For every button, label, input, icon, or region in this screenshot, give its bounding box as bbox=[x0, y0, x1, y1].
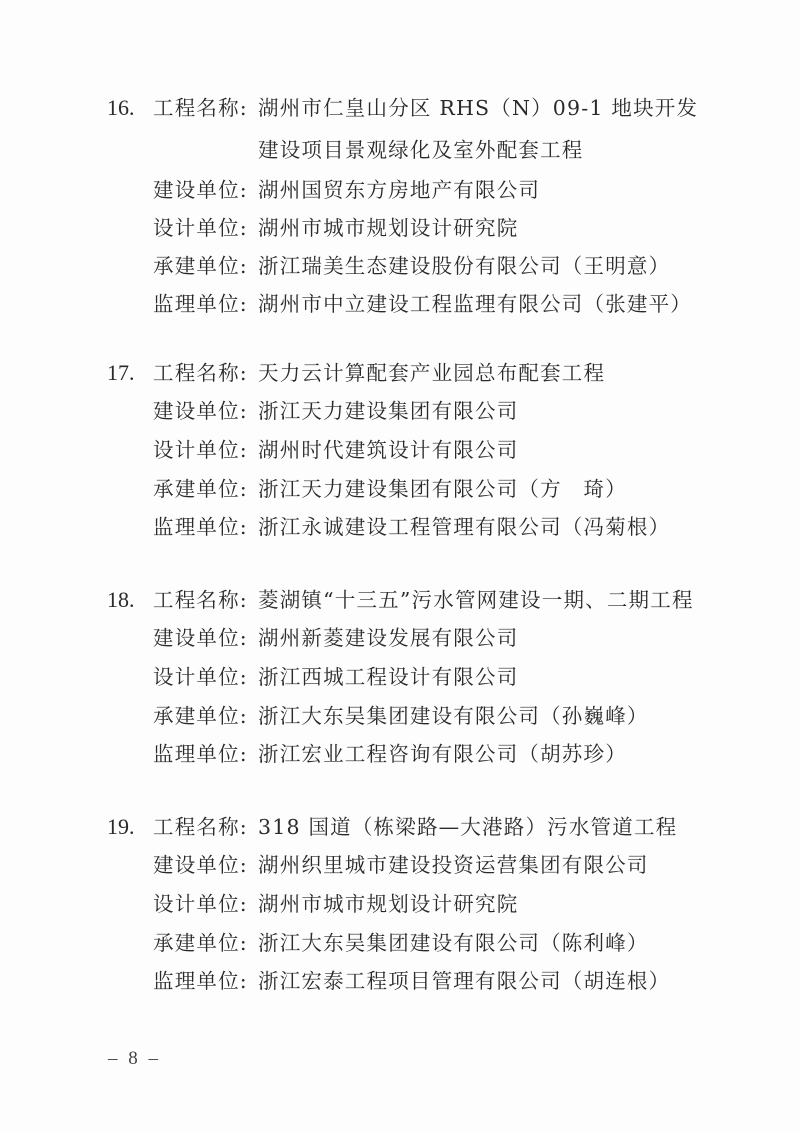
field-value: 菱湖镇“十三五”污水管网建设一期、二期工程 bbox=[258, 582, 694, 618]
field-value: 湖州时代建筑设计有限公司 bbox=[258, 432, 518, 468]
page-number: – 8 – bbox=[108, 1048, 161, 1070]
field-label: 承建单位: bbox=[153, 698, 248, 734]
field-value: 湖州国贸东方房地产有限公司 bbox=[258, 172, 540, 208]
field-label: 承建单位: bbox=[153, 248, 248, 284]
field-value: 湖州市城市规划设计研究院 bbox=[258, 886, 518, 922]
field-label: 工程名称: bbox=[153, 90, 248, 126]
field-label: 建设单位: bbox=[153, 620, 248, 656]
field-value-cont: 建设项目景观绿化及室外配套工程 bbox=[258, 132, 584, 168]
field-value: 浙江西城工程设计有限公司 bbox=[258, 659, 518, 695]
entry-number: 18. bbox=[107, 582, 135, 618]
field-value: 天力云计算配套产业园总布配套工程 bbox=[258, 355, 605, 391]
field-value: 湖州市城市规划设计研究院 bbox=[258, 210, 518, 246]
field-label: 承建单位: bbox=[153, 471, 248, 507]
entry-number: 19. bbox=[107, 809, 135, 845]
field-value: 浙江宏泰工程项目管理有限公司（胡连根） bbox=[258, 963, 670, 999]
entry-number: 16. bbox=[107, 90, 135, 126]
field-value: 浙江宏业工程咨询有限公司（胡苏珍） bbox=[258, 736, 627, 772]
field-label: 设计单位: bbox=[153, 432, 248, 468]
field-label: 监理单位: bbox=[153, 509, 248, 545]
field-value: 浙江大东吴集团建设有限公司（孙巍峰） bbox=[258, 698, 649, 734]
field-label: 承建单位: bbox=[153, 925, 248, 961]
field-label: 建设单位: bbox=[153, 847, 248, 883]
field-value: 湖州市仁皇山分区 RHS（N）09-1 地块开发 bbox=[258, 90, 698, 126]
field-value: 318 国道（栋梁路—大港路）污水管道工程 bbox=[258, 809, 677, 845]
field-label: 设计单位: bbox=[153, 886, 248, 922]
field-label: 工程名称: bbox=[153, 582, 248, 618]
field-label: 设计单位: bbox=[153, 659, 248, 695]
field-value: 湖州新菱建设发展有限公司 bbox=[258, 620, 518, 656]
field-label: 监理单位: bbox=[153, 736, 248, 772]
field-label: 建设单位: bbox=[153, 172, 248, 208]
field-label: 建设单位: bbox=[153, 393, 248, 429]
field-value: 浙江大东吴集团建设有限公司（陈利峰） bbox=[258, 925, 649, 961]
field-label: 工程名称: bbox=[153, 355, 248, 391]
field-value: 浙江永诚建设工程管理有限公司（冯菊根） bbox=[258, 509, 670, 545]
field-value: 浙江天力建设集团有限公司（方 琦） bbox=[258, 471, 627, 507]
field-label: 设计单位: bbox=[153, 210, 248, 246]
field-label: 监理单位: bbox=[153, 963, 248, 999]
field-value: 浙江天力建设集团有限公司 bbox=[258, 393, 518, 429]
field-label: 工程名称: bbox=[153, 809, 248, 845]
field-label: 监理单位: bbox=[153, 286, 248, 322]
field-value: 浙江瑞美生态建设股份有限公司（王明意） bbox=[258, 248, 670, 284]
entry-number: 17. bbox=[107, 355, 135, 391]
field-value: 湖州市中立建设工程监理有限公司（张建平） bbox=[258, 286, 692, 322]
field-value: 湖州织里城市建设投资运营集团有限公司 bbox=[258, 847, 649, 883]
